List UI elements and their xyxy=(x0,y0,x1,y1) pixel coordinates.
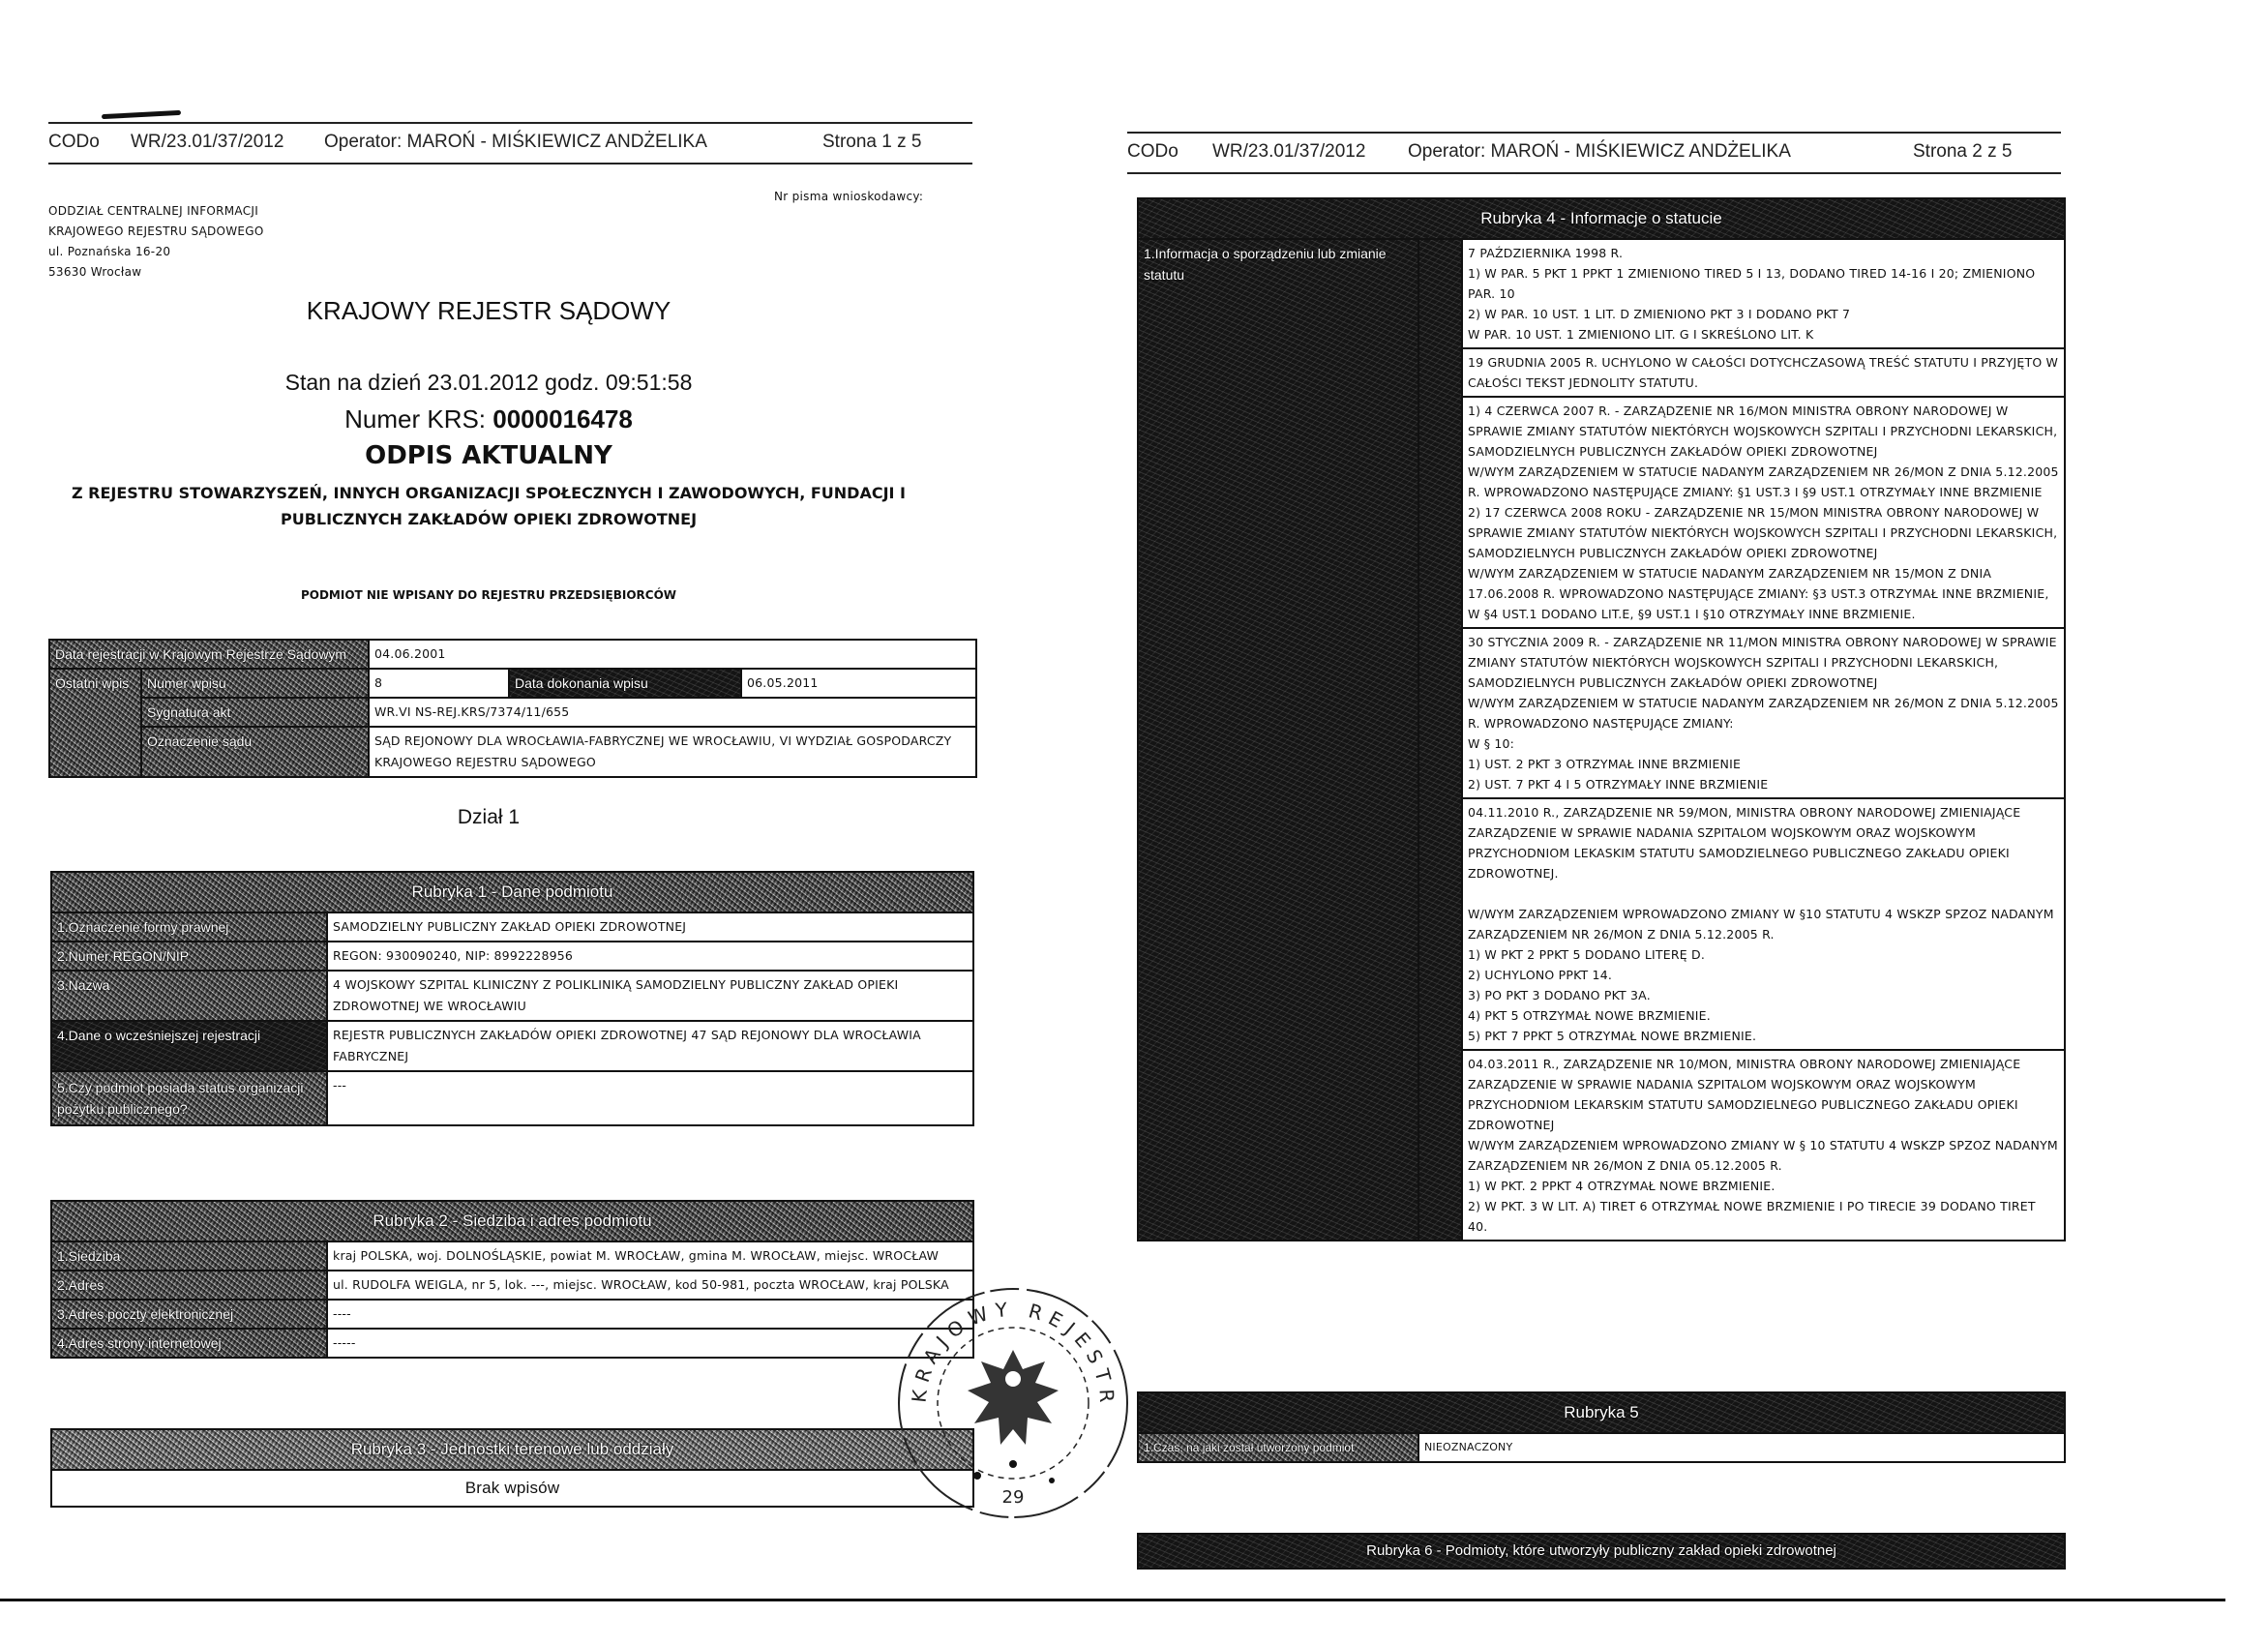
row-label: 5.Czy podmiot posiada status organizacji… xyxy=(51,1071,327,1125)
table-row: 3.Nazwa4 WOJSKOWY SZPITAL KLINICZNY Z PO… xyxy=(51,971,973,1021)
entry-line: 2) W PAR. 10 UST. 1 LIT. D ZMIENIONO PKT… xyxy=(1468,304,2059,324)
registration-date: 04.06.2001 xyxy=(369,640,976,669)
entry-line: 7 PAŹDZIERNIKA 1998 R. xyxy=(1468,243,2059,263)
applicant-number-label: Nr pisma wnioskodawcy: xyxy=(774,190,923,203)
stamp-number: 29 xyxy=(1002,1487,1025,1508)
no-entries-text: Brak wpisów xyxy=(51,1470,973,1507)
row-value: 4 WOJSKOWY SZPITAL KLINICZNY Z POLIKLINI… xyxy=(327,971,973,1021)
table-row: 1.Oznaczenie formy prawnejSAMODZIELNY PU… xyxy=(51,912,973,942)
table-header-row: Rubryka 6 - Podmioty, które utworzyły pu… xyxy=(1138,1534,2065,1569)
row-label: 1.Czas, na jaki został utworzony podmiot xyxy=(1138,1433,1418,1462)
row-value: --- xyxy=(327,1071,973,1125)
pen-mark xyxy=(102,110,181,119)
table-header-row: Rubryka 1 - Dane podmiotu xyxy=(51,872,973,912)
court-stamp: KRAJOWY REJESTR SĄDOWY 29 xyxy=(892,1282,1134,1524)
rubryka-5-table: Rubryka 5 1.Czas, na jaki został utworzo… xyxy=(1137,1391,2066,1463)
row-value: ul. RUDOLFA WEIGLA, nr 5, lok. ---, miej… xyxy=(327,1271,973,1300)
operator-name: Operator: MAROŃ - MIŚKIEWICZ ANDŻELIKA xyxy=(324,132,707,153)
entry-line: W § 10: xyxy=(1468,733,2059,754)
case-reference: WR/23.01/37/2012 xyxy=(1212,141,1365,163)
table-row: 1.Informacja o sporządzeniu lub zmianie … xyxy=(1138,239,2065,348)
table-row: 1.Siedzibakraj POLSKA, woj. DOLNOŚLĄSKIE… xyxy=(51,1241,973,1271)
row-value: ----- xyxy=(327,1329,973,1358)
table-row: 1.Czas, na jaki został utworzony podmiot… xyxy=(1138,1433,2065,1462)
row-label: 1.Siedziba xyxy=(51,1241,327,1271)
entry-line: 5) PKT 7 PPKT 5 OTRZYMAŁ NOWE BRZMIENIE. xyxy=(1468,1026,2059,1046)
entry-line: W PAR. 10 UST. 1 ZMIENIONO LIT. G I SKRE… xyxy=(1468,324,2059,344)
entry-line: 2) 17 CZERWCA 2008 ROKU - ZARZĄDZENIE NR… xyxy=(1468,502,2059,563)
table-row: Sygnatura akt WR.VI NS-REJ.KRS/7374/11/6… xyxy=(49,698,976,727)
court-label: Oznaczenie sądu xyxy=(141,727,369,777)
row-value: REGON: 930090240, NIP: 8992228956 xyxy=(327,942,973,971)
row-label: 3.Nazwa xyxy=(51,971,327,1021)
entry-number: 8 xyxy=(369,669,509,698)
row-label: 1.Oznaczenie formy prawnej xyxy=(51,912,327,942)
entry-number-label: Numer wpisu xyxy=(141,669,369,698)
page-header: CODo WR/23.01/37/2012 Operator: MAROŃ - … xyxy=(48,122,972,164)
entity-note: PODMIOT NIE WPISANY DO REJESTRU PRZEDSIĘ… xyxy=(0,588,977,602)
row-value: kraj POLSKA, woj. DOLNOŚLĄSKIE, powiat M… xyxy=(327,1241,973,1271)
table-row: 3.Adres poczty elektronicznej---- xyxy=(51,1300,973,1329)
row-label: 2.Adres xyxy=(51,1271,327,1300)
entry-line: W/WYM ZARZĄDZENIEM W STATUCIE NADANYM ZA… xyxy=(1468,563,2059,624)
entry-line: W/WYM ZARZĄDZENIEM W STATUCIE NADANYM ZA… xyxy=(1468,462,2059,502)
statute-info-label: 1.Informacja o sporządzeniu lub zmianie … xyxy=(1138,239,1418,1241)
operator-name: Operator: MAROŃ - MIŚKIEWICZ ANDŻELIKA xyxy=(1408,141,1791,163)
table-row: 2.Numer REGON/NIPREGON: 930090240, NIP: … xyxy=(51,942,973,971)
rubryka-1-table: Rubryka 1 - Dane podmiotu 1.Oznaczenie f… xyxy=(50,871,974,1126)
statute-entry: 7 PAŹDZIERNIKA 1998 R.1) W PAR. 5 PKT 1 … xyxy=(1462,239,2065,348)
row-label: 4.Dane o wcześniejszej rejestracji xyxy=(51,1021,327,1071)
entry-line: 1) UST. 2 PKT 3 OTRZYMAŁ INNE BRZMIENIE xyxy=(1468,754,2059,774)
page-number: Strona 2 z 5 xyxy=(1913,141,2012,163)
register-subtitle: Z REJESTRU STOWARZYSZEŃ, INNYCH ORGANIZA… xyxy=(0,480,977,532)
entry-line: 04.03.2011 R., ZARZĄDZENIE NR 10/MON, MI… xyxy=(1468,1054,2059,1135)
sender-address: ODDZIAŁ CENTRALNEJ INFORMACJI KRAJOWEGO … xyxy=(48,201,264,283)
entry-line: 2) UCHYLONO PPKT 14. xyxy=(1468,965,2059,985)
entry-line: 2) W PKT. 3 W LIT. A) TIRET 6 OTRZYMAŁ N… xyxy=(1468,1196,2059,1237)
table-header-row: Rubryka 3 - Jednostki terenowe lub oddzi… xyxy=(51,1429,973,1470)
rubryka-6-title: Rubryka 6 - Podmioty, które utworzyły pu… xyxy=(1138,1534,2065,1569)
entry-line: 04.11.2010 R., ZARZĄDZENIE NR 59/MON, MI… xyxy=(1468,802,2059,883)
table-header-row: Rubryka 2 - Siedziba i adres podmiotu xyxy=(51,1201,973,1241)
last-entry-label: Ostatni wpis xyxy=(49,669,141,777)
row-value: SAMODZIELNY PUBLICZNY ZAKŁAD OPIEKI ZDRO… xyxy=(327,912,973,942)
entry-line: 19 GRUDNIA 2005 R. UCHYLONO W CAŁOŚCI DO… xyxy=(1468,352,2059,393)
section-title: Dział 1 xyxy=(0,806,977,829)
rubryka-2-title: Rubryka 2 - Siedziba i adres podmiotu xyxy=(51,1201,973,1241)
row-value: REJESTR PUBLICZNYCH ZAKŁADÓW OPIEKI ZDRO… xyxy=(327,1021,973,1071)
table-row: 4.Adres strony internetowej----- xyxy=(51,1329,973,1358)
system-code: CODo xyxy=(1127,141,1179,163)
entry-line: W/WYM ZARZĄDZENIEM WPROWADZONO ZMIANY W … xyxy=(1468,904,2059,944)
status-date: Stan na dzień 23.01.2012 godz. 09:51:58 xyxy=(0,370,977,396)
krs-label: Numer KRS: xyxy=(344,404,492,434)
rubryka-5-title: Rubryka 5 xyxy=(1138,1392,2065,1433)
register-subtitle-line: Z REJESTRU STOWARZYSZEŃ, INNYCH ORGANIZA… xyxy=(0,480,977,506)
eagle-emblem-icon xyxy=(968,1350,1059,1445)
statute-entry: 04.11.2010 R., ZARZĄDZENIE NR 59/MON, MI… xyxy=(1462,798,2065,1050)
court-name: SĄD REJONOWY DLA WROCŁAWIA-FABRYCZNEJ WE… xyxy=(369,727,976,777)
case-reference: WR/23.01/37/2012 xyxy=(131,132,283,153)
page-number: Strona 1 z 5 xyxy=(822,132,921,153)
register-title: KRAJOWY REJESTR SĄDOWY xyxy=(0,296,977,326)
page-header: CODo WR/23.01/37/2012 Operator: MAROŃ - … xyxy=(1127,132,2061,174)
sender-line: ODDZIAŁ CENTRALNEJ INFORMACJI xyxy=(48,201,264,222)
file-signature-label: Sygnatura akt xyxy=(141,698,369,727)
table-row: Brak wpisów xyxy=(51,1470,973,1507)
page-1: CODo WR/23.01/37/2012 Operator: MAROŃ - … xyxy=(0,0,977,1645)
table-header-row: Rubryka 4 - Informacje o statucie xyxy=(1138,198,2065,239)
register-subtitle-line: PUBLICZNYCH ZAKŁADÓW OPIEKI ZDROWOTNEJ xyxy=(0,506,977,532)
row-value: NIEOZNACZONY xyxy=(1418,1433,2065,1462)
row-label: 2.Numer REGON/NIP xyxy=(51,942,327,971)
rubryka-2-table: Rubryka 2 - Siedziba i adres podmiotu 1.… xyxy=(50,1200,974,1359)
rubryka-4-title: Rubryka 4 - Informacje o statucie xyxy=(1138,198,2065,239)
row-label: 4.Adres strony internetowej xyxy=(51,1329,327,1358)
table-row: Oznaczenie sądu SĄD REJONOWY DLA WROCŁAW… xyxy=(49,727,976,777)
sender-line: KRAJOWEGO REJESTRU SĄDOWEGO xyxy=(48,222,264,242)
table-row: Ostatni wpis Numer wpisu 8 Data dokonani… xyxy=(49,669,976,698)
krs-number-line: Numer KRS: 0000016478 xyxy=(0,404,977,434)
row-label: 3.Adres poczty elektronicznej xyxy=(51,1300,327,1329)
entry-line: 30 STYCZNIA 2009 R. - ZARZĄDZENIE NR 11/… xyxy=(1468,632,2059,693)
scan-bottom-edge xyxy=(0,1599,2225,1601)
statute-entry: 04.03.2011 R., ZARZĄDZENIE NR 10/MON, MI… xyxy=(1462,1050,2065,1241)
statute-entry: 19 GRUDNIA 2005 R. UCHYLONO W CAŁOŚCI DO… xyxy=(1462,348,2065,397)
entry-date-label: Data dokonania wpisu xyxy=(509,669,741,698)
rubryka-1-title: Rubryka 1 - Dane podmiotu xyxy=(51,872,973,912)
system-code: CODo xyxy=(48,132,100,153)
table-header-row: Rubryka 5 xyxy=(1138,1392,2065,1433)
entry-line: 1) W PAR. 5 PKT 1 PPKT 1 ZMIENIONO TIRED… xyxy=(1468,263,2059,304)
entry-line: 3) PO PKT 3 DODANO PKT 3A. xyxy=(1468,985,2059,1005)
table-row: 5.Czy podmiot posiada status organizacji… xyxy=(51,1071,973,1125)
registration-date-label: Data rejestracji w Krajowym Rejestrze Są… xyxy=(49,640,369,669)
table-row: Data rejestracji w Krajowym Rejestrze Są… xyxy=(49,640,976,669)
registration-table: Data rejestracji w Krajowym Rejestrze Są… xyxy=(48,639,977,778)
entry-line: W/WYM ZARZĄDZENIEM WPROWADZONO ZMIANY W … xyxy=(1468,1135,2059,1176)
entry-date: 06.05.2011 xyxy=(741,669,976,698)
krs-number: 0000016478 xyxy=(492,404,633,434)
statute-entry: 30 STYCZNIA 2009 R. - ZARZĄDZENIE NR 11/… xyxy=(1462,628,2065,798)
document-type: ODPIS AKTUALNY xyxy=(0,441,977,470)
entry-line: 1) 4 CZERWCA 2007 R. - ZARZĄDZENIE NR 16… xyxy=(1468,401,2059,462)
table-row: 2.Adresul. RUDOLFA WEIGLA, nr 5, lok. --… xyxy=(51,1271,973,1300)
sender-line: 53630 Wrocław xyxy=(48,262,264,283)
entry-index-column xyxy=(1418,239,1462,1241)
rubryka-3-table: Rubryka 3 - Jednostki terenowe lub oddzi… xyxy=(50,1428,974,1508)
statute-entry: 1) 4 CZERWCA 2007 R. - ZARZĄDZENIE NR 16… xyxy=(1462,397,2065,628)
rubryka-6-table: Rubryka 6 - Podmioty, które utworzyły pu… xyxy=(1137,1533,2066,1570)
entry-line xyxy=(1468,883,2059,904)
row-value: ---- xyxy=(327,1300,973,1329)
entry-line: 2) UST. 7 PKT 4 I 5 OTRZYMAŁY INNE BRZMI… xyxy=(1468,774,2059,794)
table-row: 4.Dane o wcześniejszej rejestracjiREJEST… xyxy=(51,1021,973,1071)
entry-line: 1) W PKT 2 PPKT 5 DODANO LITERĘ D. xyxy=(1468,944,2059,965)
entry-line: 1) W PKT. 2 PPKT 4 OTRZYMAŁ NOWE BRZMIEN… xyxy=(1468,1176,2059,1196)
rubryka-4-table: Rubryka 4 - Informacje o statucie 1.Info… xyxy=(1137,197,2066,1241)
file-signature: WR.VI NS-REJ.KRS/7374/11/655 xyxy=(369,698,976,727)
entry-line: 4) PKT 5 OTRZYMAŁ NOWE BRZMIENIE. xyxy=(1468,1005,2059,1026)
sender-line: ul. Poznańska 16-20 xyxy=(48,242,264,262)
rubryka-3-title: Rubryka 3 - Jednostki terenowe lub oddzi… xyxy=(51,1429,973,1470)
entry-line: W/WYM ZARZĄDZENIEM W STATUCIE NADANYM ZA… xyxy=(1468,693,2059,733)
page-2: CODo WR/23.01/37/2012 Operator: MAROŃ - … xyxy=(1127,0,2095,1645)
